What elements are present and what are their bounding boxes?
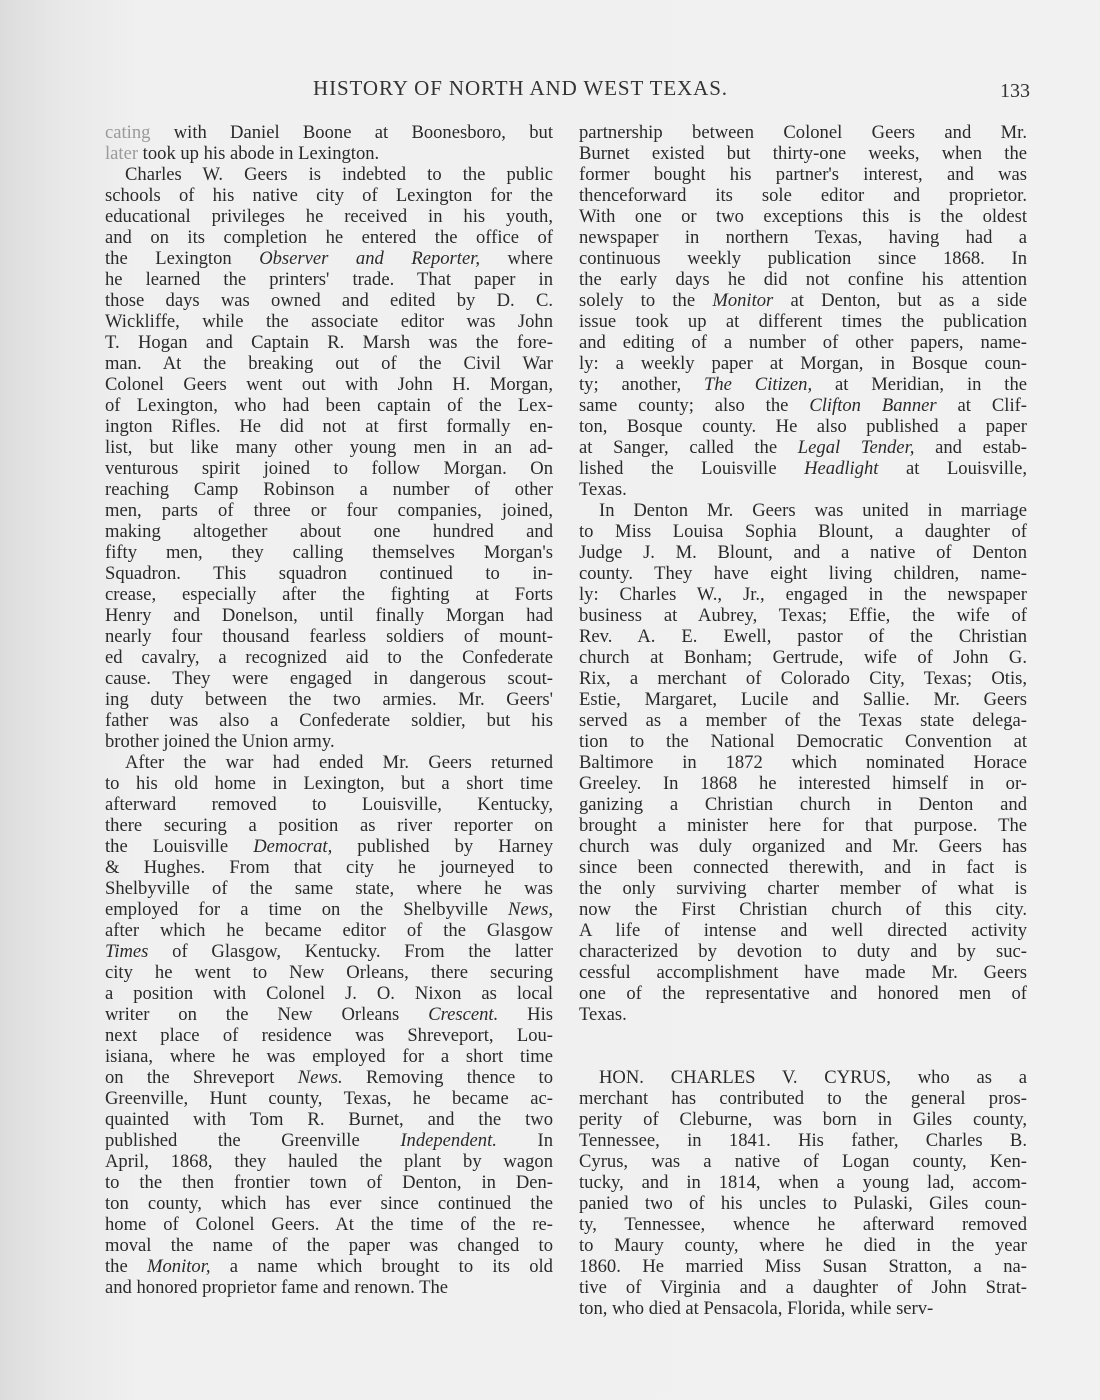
text-line: the Monitor, a name which brought to its… [105,1256,553,1277]
text-line: Cyrus, was a native of Logan county, Ken… [579,1151,1027,1172]
text-line: perity of Cleburne, was born in Giles co… [579,1109,1027,1130]
text-line: Burnet existed but thirty-one weeks, whe… [579,143,1027,164]
italic-title: Independent. [400,1130,497,1151]
text-line: In Denton Mr. Geers was united in marria… [579,500,1027,521]
text-line: characterized by devotion to duty and by… [579,941,1027,962]
text-line: Judge J. M. Blount, and a native of Dent… [579,542,1027,563]
paragraph: cating with Daniel Boone at Boonesboro, … [105,122,553,164]
italic-title: Observer and Reporter, [259,248,480,269]
text-line: Times of Glasgow, Kentucky. From the lat… [105,941,553,962]
text-line: 1860. He married Miss Susan Stratton, a … [579,1256,1027,1277]
right-column: partnership between Colonel Geers and Mr… [579,122,1027,1319]
paragraph: Charles W. Geers is indebted to the publ… [105,164,553,752]
text-line: T. Hogan and Captain R. Marsh was the fo… [105,332,553,353]
text-line: father was also a Confederate soldier, b… [105,710,553,731]
text-line: next place of residence was Shreveport, … [105,1025,553,1046]
text-line: to his old home in Lexington, but a shor… [105,773,553,794]
text-line: ton, who died at Pensacola, Florida, whi… [579,1298,1027,1319]
text-line: a position with Colonel J. O. Nixon as l… [105,983,553,1004]
text-line: brother joined the Union army. [105,731,553,752]
text-line: the Louisville Democrat, published by Ha… [105,836,553,857]
text-line: cating with Daniel Boone at Boonesboro, … [105,122,553,143]
text-line: partnership between Colonel Geers and Mr… [579,122,1027,143]
text-line: church at Bonham; Gertrude, wife of John… [579,647,1027,668]
text-line: list, but like many other young men in a… [105,437,553,458]
italic-title: Democrat, [253,836,332,857]
text-line: thenceforward its sole editor and propri… [579,185,1027,206]
text-line: the early days he did not confine his at… [579,269,1027,290]
text-line: tion to the National Democratic Conventi… [579,731,1027,752]
text-line: to Miss Louisa Sophia Blount, a daughter… [579,521,1027,542]
text-line: venturous spirit joined to follow Morgan… [105,458,553,479]
text-line: the Lexington Observer and Reporter, whe… [105,248,553,269]
text-line: and editing of a number of other papers,… [579,332,1027,353]
text-line: Rev. A. E. Ewell, pastor of the Christia… [579,626,1027,647]
text-line: home of Colonel Geers. At the time of th… [105,1214,553,1235]
text-line: Greenville, Hunt county, Texas, he becam… [105,1088,553,1109]
italic-title: Clifton Banner [809,395,936,416]
italic-title: News. [298,1067,343,1088]
text-line: ly: Charles W., Jr., engaged in the news… [579,584,1027,605]
text-line: merchant has contributed to the general … [579,1088,1027,1109]
text-line: there securing a position as river repor… [105,815,553,836]
text-line: ing duty between the two armies. Mr. Gee… [105,689,553,710]
text-line: men, parts of three or four companies, j… [105,500,553,521]
text-line: served as a member of the Texas state de… [579,710,1027,731]
text-line: Squadron. This squadron continued to in- [105,563,553,584]
left-column: cating with Daniel Boone at Boonesboro, … [105,122,553,1298]
italic-title: Monitor [712,290,773,311]
page-number: 133 [1000,80,1030,103]
text-line: continuous weekly publication since 1868… [579,248,1027,269]
italic-title: The Citizen, [704,374,812,395]
faded-text: later [105,143,138,164]
text-line: isiana, where he was employed for a shor… [105,1046,553,1067]
faded-text: cating [105,122,150,143]
text-line: tive of Virginia and a daughter of John … [579,1277,1027,1298]
text-line: Wickliffe, while the associate editor wa… [105,311,553,332]
text-line: schools of his native city of Lexington … [105,185,553,206]
text-line: Colonel Geers went out with John H. Morg… [105,374,553,395]
text-line: Baltimore in 1872 which nominated Horace [579,752,1027,773]
text-line: After the war had ended Mr. Geers return… [105,752,553,773]
text-line: employed for a time on the Shelbyville N… [105,899,553,920]
text-line: Shelbyville of the same state, where he … [105,878,553,899]
text-line: HON. CHARLES V. CYRUS, who as a [579,1067,1027,1088]
text-line: fifty men, they calling themselves Morga… [105,542,553,563]
text-line: issue took up at different times the pub… [579,311,1027,332]
text-line: With one or two exceptions this is the o… [579,206,1027,227]
text-line: ty, Tennessee, whence he afterward remov… [579,1214,1027,1235]
text-line: and honored proprietor fame and renown. … [105,1277,553,1298]
text-line: educational privileges he received in hi… [105,206,553,227]
text-line: crease, especially after the fighting at… [105,584,553,605]
text-line: business at Aubrey, Texas; Effie, the wi… [579,605,1027,626]
paragraph: After the war had ended Mr. Geers return… [105,752,553,1298]
text-line: Henry and Donelson, until finally Morgan… [105,605,553,626]
text-line: man. At the breaking out of the Civil Wa… [105,353,553,374]
text-line: lished the Louisville Headlight at Louis… [579,458,1027,479]
text-line: Rix, a merchant of Colorado City, Texas;… [579,668,1027,689]
text-line: since been connected therewith, and in f… [579,857,1027,878]
text-line: published the Greenville Independent. In [105,1130,553,1151]
text-line: of Lexington, who had been captain of th… [105,395,553,416]
text-line: county. They have eight living children,… [579,563,1027,584]
text-line: later took up his abode in Lexington. [105,143,553,164]
text-line: he learned the printers' trade. That pap… [105,269,553,290]
text-line: ed cavalry, a recognized aid to the Conf… [105,647,553,668]
text-line: panied two of his uncles to Pulaski, Gil… [579,1193,1027,1214]
text-line: ton county, which has ever since continu… [105,1193,553,1214]
paragraph: partnership between Colonel Geers and Mr… [579,122,1027,500]
text-line: after which he became editor of the Glas… [105,920,553,941]
text-line: brought a minister here for that purpose… [579,815,1027,836]
text-line: nearly four thousand fearless soldiers o… [105,626,553,647]
text-line: ganizing a Christian church in Denton an… [579,794,1027,815]
italic-title: Monitor, [147,1256,211,1277]
text-line: solely to the Monitor at Denton, but as … [579,290,1027,311]
text-line: & Hughes. From that city he journeyed to [105,857,553,878]
text-line: Charles W. Geers is indebted to the publ… [105,164,553,185]
text-line: and on its completion he entered the off… [105,227,553,248]
text-line: ly: a weekly paper at Morgan, in Bosque … [579,353,1027,374]
text-line: Greeley. In 1868 he interested himself i… [579,773,1027,794]
text-line: to Maury county, where he died in the ye… [579,1235,1027,1256]
text-line: ington Rifles. He did not at first forma… [105,416,553,437]
text-line: ton, Bosque county. He also published a … [579,416,1027,437]
text-line: Estie, Margaret, Lucile and Sallie. Mr. … [579,689,1027,710]
text-line: Texas. [579,479,1027,500]
text-line: quainted with Tom R. Burnet, and the two [105,1109,553,1130]
text-line: to the then frontier town of Denton, in … [105,1172,553,1193]
text-line: those days was owned and edited by D. C. [105,290,553,311]
text-line: A life of intense and well directed acti… [579,920,1027,941]
text-line: cessful accomplishment have made Mr. Gee… [579,962,1027,983]
text-line: Texas. [579,1004,1027,1025]
italic-title: Legal Tender, [798,437,915,458]
paragraph: In Denton Mr. Geers was united in marria… [579,500,1027,1025]
text-line: on the Shreveport News. Removing thence … [105,1067,553,1088]
text-line: city he went to New Orleans, there secur… [105,962,553,983]
text-line: Tennessee, in 1841. His father, Charles … [579,1130,1027,1151]
paragraph: HON. CHARLES V. CYRUS, who as amerchant … [579,1067,1027,1319]
text-line: reaching Camp Robinson a number of other [105,479,553,500]
text-line: April, 1868, they hauled the plant by wa… [105,1151,553,1172]
text-line: at Sanger, called the Legal Tender, and … [579,437,1027,458]
running-title: HISTORY OF NORTH AND WEST TEXAS. [313,76,825,101]
text-line: moval the name of the paper was changed … [105,1235,553,1256]
text-line: ty; another, The Citizen, at Meridian, i… [579,374,1027,395]
italic-title: News, [508,899,553,920]
text-line: now the First Christian church of this c… [579,899,1027,920]
text-line: cause. They were engaged in dangerous sc… [105,668,553,689]
text-line: one of the representative and honored me… [579,983,1027,1004]
text-line: former bought his partner's interest, an… [579,164,1027,185]
text-line: tucky, and in 1814, when a young lad, ac… [579,1172,1027,1193]
italic-title: Crescent. [428,1004,498,1025]
running-header: HISTORY OF NORTH AND WEST TEXAS. 133 [0,76,1100,106]
text-line: the only surviving charter member of wha… [579,878,1027,899]
text-line: same county; also the Clifton Banner at … [579,395,1027,416]
italic-title: Headlight [804,458,878,479]
text-line: making altogether about one hundred and [105,521,553,542]
text-line: newspaper in northern Texas, having had … [579,227,1027,248]
text-line: church was duly organized and Mr. Geers … [579,836,1027,857]
text-line: afterward removed to Louisville, Kentuck… [105,794,553,815]
text-line: writer on the New Orleans Crescent. His [105,1004,553,1025]
italic-title: Times [105,941,148,962]
